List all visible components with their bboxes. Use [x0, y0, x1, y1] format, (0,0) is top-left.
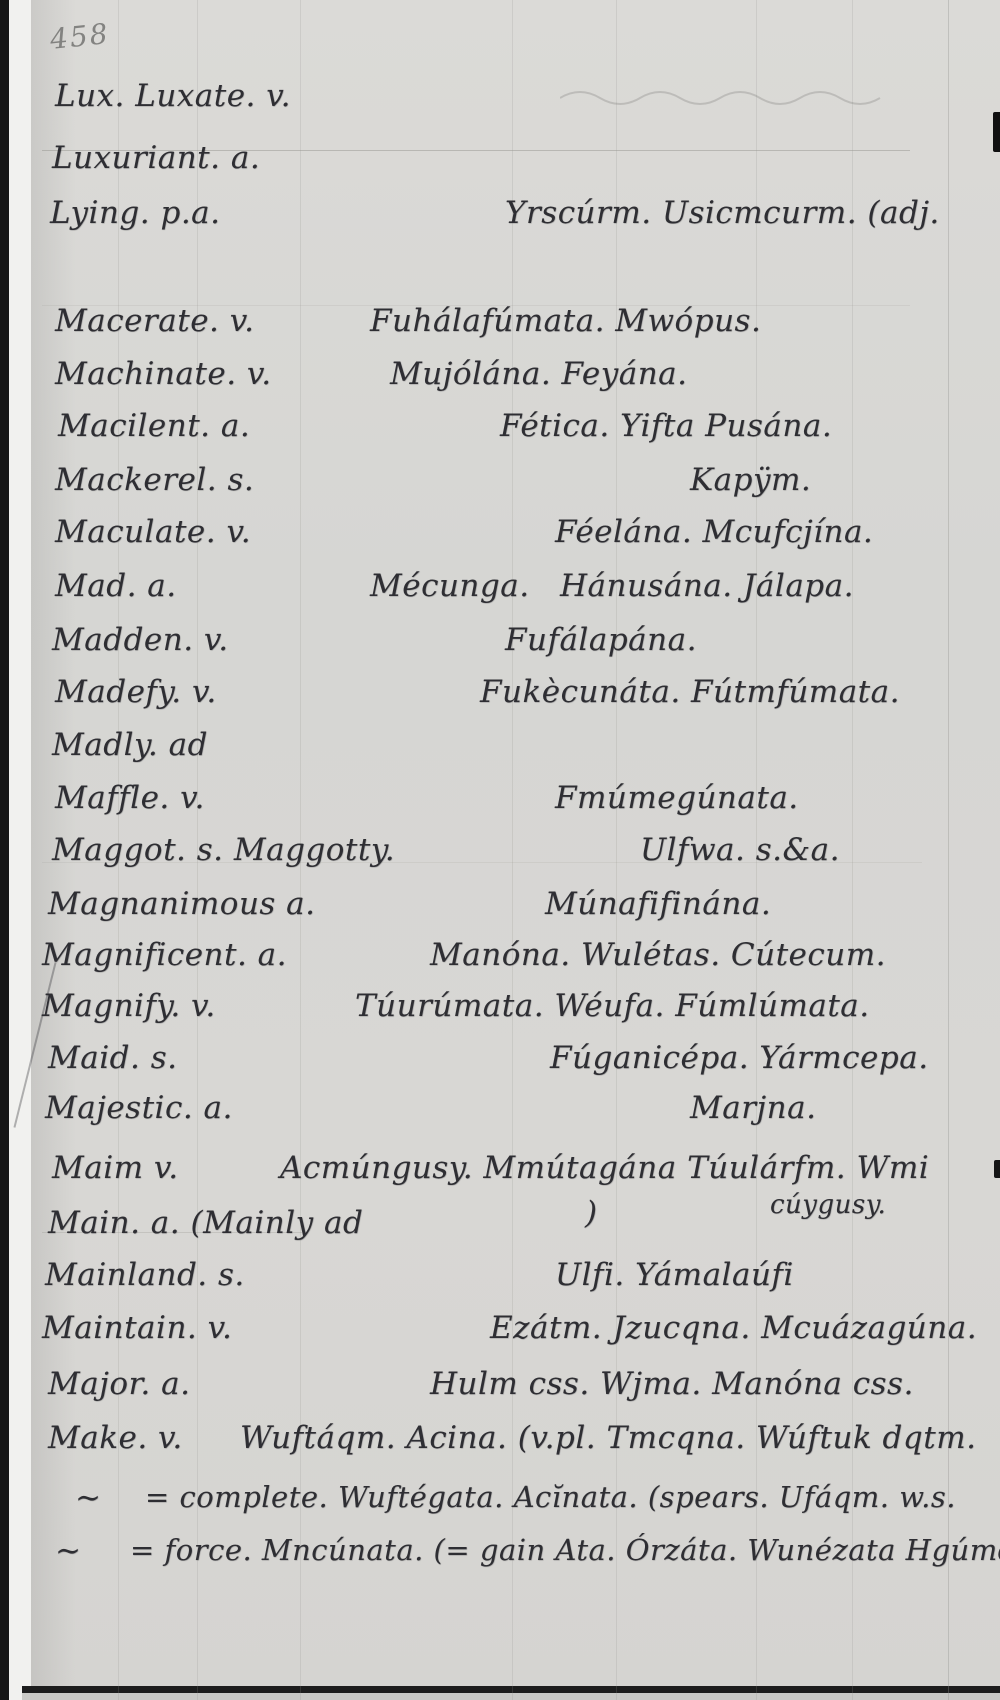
headword: Magnify. v. — [42, 988, 216, 1024]
translation: Fúganicépa. Yármcepa. — [550, 1040, 929, 1076]
headword: Maid. s. — [48, 1040, 177, 1076]
translation: Manóna. Wulétas. Cútecum. — [430, 937, 886, 973]
headword: Lying. p.a. — [50, 195, 221, 231]
translation: Hánusána. Jálapa. — [560, 568, 854, 604]
page-edge — [9, 0, 31, 1700]
headword: Majestic. a. — [45, 1090, 233, 1126]
binding-edge — [0, 0, 9, 1700]
translation: Fuhálafúmata. Mwópus. — [370, 303, 761, 339]
translation: Múnafifinána. — [545, 886, 771, 922]
translation: Féelána. Mcufcjína. — [555, 514, 873, 550]
headword: Madden. v. — [52, 622, 229, 658]
translation: Fmúmegúnata. — [555, 780, 799, 816]
headword: Lux. Luxate. v. — [55, 78, 291, 114]
translation: Fufálapána. — [505, 622, 697, 658]
headword: Madly. ad — [52, 727, 208, 763]
ditto-mark: ∼ — [55, 1533, 81, 1569]
headword: Mackerel. s. — [55, 462, 254, 498]
headword: Macerate. v. — [55, 303, 254, 339]
ditto-mark: ∼ — [75, 1480, 101, 1516]
translation-continuation: cúygusy. — [770, 1190, 886, 1220]
headword: Major. a. — [48, 1366, 190, 1402]
headword: Luxuriant. a. — [52, 140, 260, 176]
scanned-manuscript-page: 458 Lux. Luxate. v. Luxuriant. a. Lying.… — [0, 0, 1000, 1700]
headword: Madefy. v. — [55, 674, 217, 710]
scan-artifact-squiggle — [560, 80, 910, 110]
translation: Wuftáqm. Acina. (v.pl. Tmcqna. Wúftuk dq… — [240, 1420, 976, 1456]
translation: Acmúngusy. Mmútagána Túulárfm. Wmi — [280, 1150, 929, 1186]
headword: Main. a. (Mainly ad — [48, 1205, 363, 1241]
translation: Ezátm. Jzucqna. Mcuázagúna. — [490, 1310, 977, 1346]
translation: Marjna. — [690, 1090, 816, 1126]
translation: ) — [585, 1195, 598, 1231]
translation: Túurúmata. Wéufa. Fúmlúmata. — [355, 988, 870, 1024]
headword: Maculate. v. — [55, 514, 251, 550]
page-bottom-edge — [22, 1686, 1000, 1693]
translation: = complete. Wuftégata. Acĭnata. (spears.… — [145, 1480, 956, 1514]
headword: Maim v. — [52, 1150, 179, 1186]
translation: Fética. Yifta Pusána. — [500, 408, 832, 444]
translation: Hulm css. Wjma. Manóna css. — [430, 1366, 914, 1402]
translation: Kapÿm. — [690, 462, 811, 498]
translation: Ulfi. Yámalaúfi — [555, 1257, 794, 1293]
translation: Mujólána. Feyána. — [390, 356, 688, 392]
headword: Maggot. s. Maggotty. — [52, 832, 395, 868]
page-number: 458 — [48, 17, 111, 56]
page-bottom-paper — [22, 1693, 1000, 1700]
headword: Mad. a. — [55, 568, 177, 604]
headword: Mainland. s. — [45, 1257, 245, 1293]
headword: Magnificent. a. — [42, 937, 287, 973]
translation: Ulfwa. s.&a. — [640, 832, 840, 868]
translation: Fukècunáta. Fútmfúmata. — [480, 674, 900, 710]
headword: Make. v. — [48, 1420, 183, 1456]
headword: Machinate. v. — [55, 356, 272, 392]
headword: Maintain. v. — [42, 1310, 232, 1346]
scan-artifact — [993, 112, 1000, 152]
scan-artifact — [994, 1160, 1000, 1178]
translation: = force. Mncúnata. (= gain Ata. Órzáta. … — [130, 1533, 1000, 1567]
headword: Magnanimous a. — [48, 886, 316, 922]
headword: Maffle. v. — [55, 780, 205, 816]
translation: Mécunga. — [370, 568, 530, 604]
headword: Macilent. a. — [58, 408, 250, 444]
translation: Yrscúrm. Usicmcurm. (adj. — [505, 195, 940, 231]
